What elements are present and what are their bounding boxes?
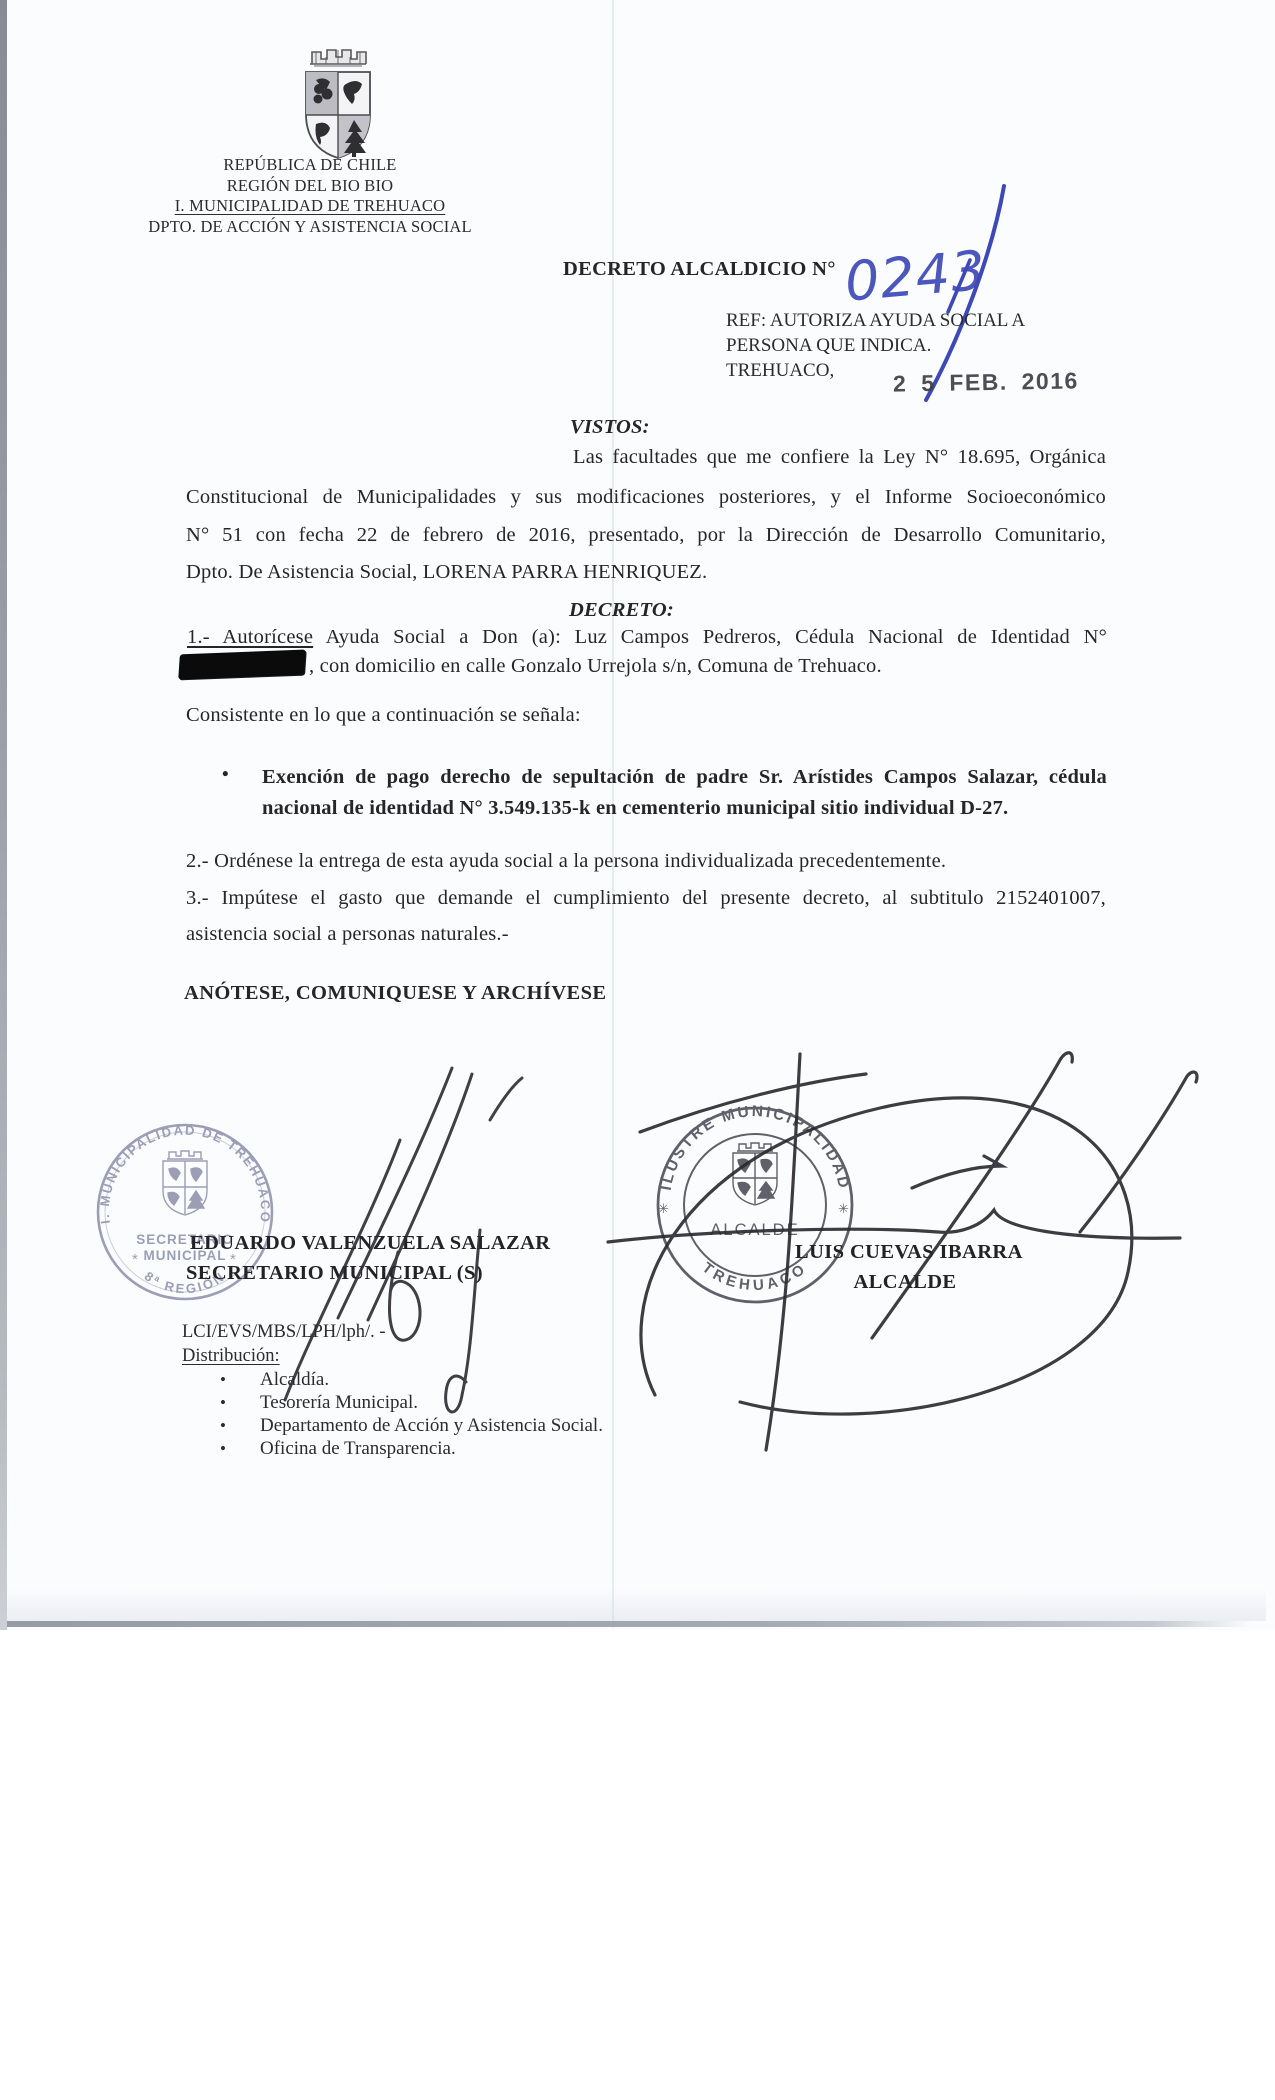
letterhead: REPÚBLICA DE CHILE REGIÓN DEL BIO BIO I.… [110, 155, 510, 237]
letterhead-line-country: REPÚBLICA DE CHILE [110, 155, 510, 176]
bullet-icon: • [218, 1393, 260, 1413]
date-stamp: 2 5 FEB. 2016 [893, 367, 1079, 397]
initials-line: LCI/EVS/MBS/LPH/lph/. - [182, 1322, 386, 1343]
bullet-icon: • [222, 762, 229, 788]
decreto-item-1-line-2-text: , con domicilio en calle Gonzalo Urrejol… [309, 655, 882, 677]
distribution-item-label: Oficina de Transparencia. [260, 1438, 456, 1459]
letterhead-line-region: REGIÓN DEL BIO BIO [110, 176, 510, 197]
distribution-item-label: Tesorería Municipal. [260, 1392, 418, 1413]
letterhead-line-department: DPTO. DE ACCIÓN Y ASISTENCIA SOCIAL [110, 217, 510, 238]
signature-strokes-right [608, 1053, 1197, 1450]
distribution-item: •Oficina de Transparencia. [218, 1438, 603, 1461]
letterhead-line-municipality: I. MUNICIPALIDAD DE TREHUACO [110, 196, 510, 217]
decreto-item-1-underlined: 1.- Autorícese [187, 626, 313, 648]
bullet-icon: • [218, 1370, 260, 1390]
closing-line: ANÓTESE, COMUNIQUESE Y ARCHÍVESE [184, 980, 607, 1006]
distribution-list: •Alcaldía. •Tesorería Municipal. •Depart… [218, 1369, 603, 1461]
distribution-item: •Departamento de Acción y Asistencia Soc… [218, 1415, 603, 1438]
bullet-icon: • [218, 1439, 260, 1459]
distribution-item: •Alcaldía. [218, 1369, 603, 1392]
distribution-item: •Tesorería Municipal. [218, 1392, 603, 1415]
distribution-item-label: Departamento de Acción y Asistencia Soci… [260, 1415, 603, 1436]
vistos-line-4: Dpto. De Asistencia Social, LORENA PARRA… [186, 559, 707, 585]
bullet-icon: • [218, 1416, 260, 1436]
scan-edge-bottom [4, 1621, 1252, 1627]
municipal-crest [288, 36, 388, 166]
signature-strokes-left [285, 1068, 522, 1412]
vistos-heading: VISTOS: [570, 414, 650, 440]
decreto-item-1-line-2: , con domicilio en calle Gonzalo Urrejol… [179, 652, 882, 679]
scan-paper: REPÚBLICA DE CHILE REGIÓN DEL BIO BIO I.… [0, 0, 1275, 1630]
decreto-item-3-line-2: asistencia social a personas naturales.- [186, 921, 509, 947]
crest-shield [306, 72, 370, 158]
bullet-line-2: nacional de identidad N° 3.549.135-k en … [262, 795, 1008, 821]
ref-line-2: PERSONA QUE INDICA. [726, 333, 1025, 358]
redaction-box [178, 650, 306, 680]
decreto-item-1-rest: Ayuda Social a Don (a): Luz Campos Pedre… [313, 626, 1107, 648]
consistente-line: Consistente en lo que a continuación se … [186, 702, 581, 728]
scan-edge-left [0, 0, 7, 1630]
decree-title: DECRETO ALCALDICIO N° [563, 258, 836, 281]
decreto-item-2: 2.- Ordénese la entrega de esta ayuda so… [186, 848, 946, 874]
ref-line-1: REF: AUTORIZA AYUDA SOCIAL A [726, 308, 1025, 333]
crest-crown [310, 50, 366, 66]
decree-number-handwritten: 0243 [842, 239, 988, 314]
distribution-item-label: Alcaldía. [260, 1369, 329, 1390]
scanned-decree-page: REPÚBLICA DE CHILE REGIÓN DEL BIO BIO I.… [0, 0, 1275, 2100]
decreto-heading: DECRETO: [569, 597, 674, 623]
scan-bottom-fade [6, 1588, 1266, 1621]
distribution-heading: Distribución: [182, 1346, 280, 1367]
